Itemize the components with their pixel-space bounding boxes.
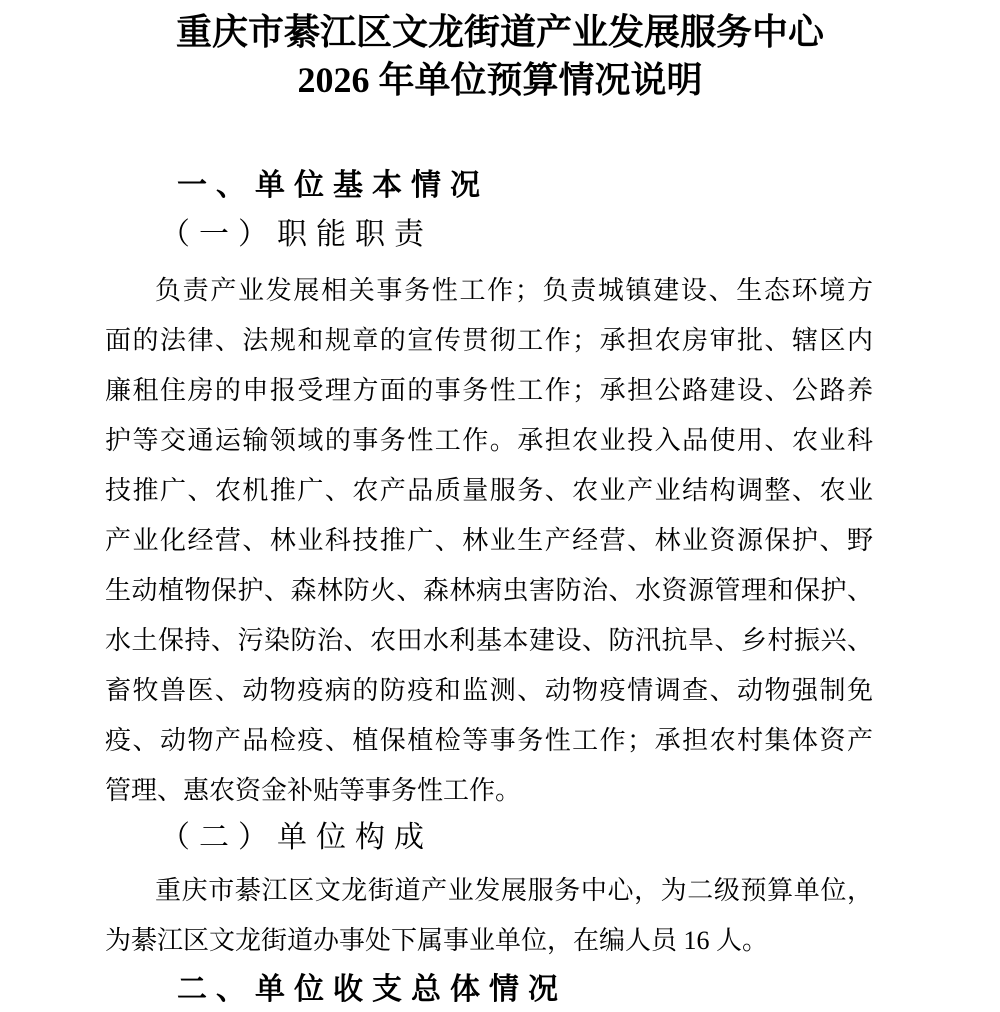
paragraph-line: 重庆市綦江区文龙街道产业发展服务中心，为二级预算单位， (105, 866, 873, 916)
paragraph-line: 疫、动物产品检疫、植保植检等事务性工作；承担农村集体资产 (105, 716, 873, 766)
document-page: 重庆市綦江区文龙街道产业发展服务中心 2026 年单位预算情况说明 一、单位基本… (0, 0, 1000, 1012)
document-title-line2: 2026 年单位预算情况说明 (0, 56, 1000, 104)
paragraph-line: 产业化经营、林业科技推广、林业生产经营、林业资源保护、野 (105, 516, 873, 566)
paragraph-line: 生动植物保护、森林防火、森林病虫害防治、水资源管理和保护、 (105, 566, 873, 616)
section-heading-revenue-expenditure: 二、单位收支总体情况 (105, 970, 873, 1010)
paragraph-line: 为綦江区文龙街道办事处下属事业单位，在编人员 16 人。 (105, 916, 873, 966)
subsection-heading-composition: （二）单位构成 (105, 818, 873, 858)
section-heading-basic-info: 一、单位基本情况 (105, 166, 873, 206)
paragraph-line: 水土保持、污染防治、农田水利基本建设、防汛抗旱、乡村振兴、 (105, 616, 873, 666)
paragraph-line: 技推广、农机推广、农产品质量服务、农业产业结构调整、农业 (105, 466, 873, 516)
paragraph-line: 负责产业发展相关事务性工作；负责城镇建设、生态环境方 (105, 266, 873, 316)
paragraph-composition: 重庆市綦江区文龙街道产业发展服务中心，为二级预算单位，为綦江区文龙街道办事处下属… (105, 866, 873, 966)
paragraph-line: 管理、惠农资金补贴等事务性工作。 (105, 766, 873, 816)
document-title-line1: 重庆市綦江区文龙街道产业发展服务中心 (0, 8, 1000, 56)
paragraph-duties: 负责产业发展相关事务性工作；负责城镇建设、生态环境方面的法律、法规和规章的宣传贯… (105, 266, 873, 816)
paragraph-line: 面的法律、法规和规章的宣传贯彻工作；承担农房审批、辖区内 (105, 316, 873, 366)
subsection-heading-duties: （一）职能职责 (105, 215, 873, 255)
paragraph-line: 护等交通运输领域的事务性工作。承担农业投入品使用、农业科 (105, 416, 873, 466)
paragraph-line: 廉租住房的申报受理方面的事务性工作；承担公路建设、公路养 (105, 366, 873, 416)
paragraph-line: 畜牧兽医、动物疫病的防疫和监测、动物疫情调查、动物强制免 (105, 666, 873, 716)
